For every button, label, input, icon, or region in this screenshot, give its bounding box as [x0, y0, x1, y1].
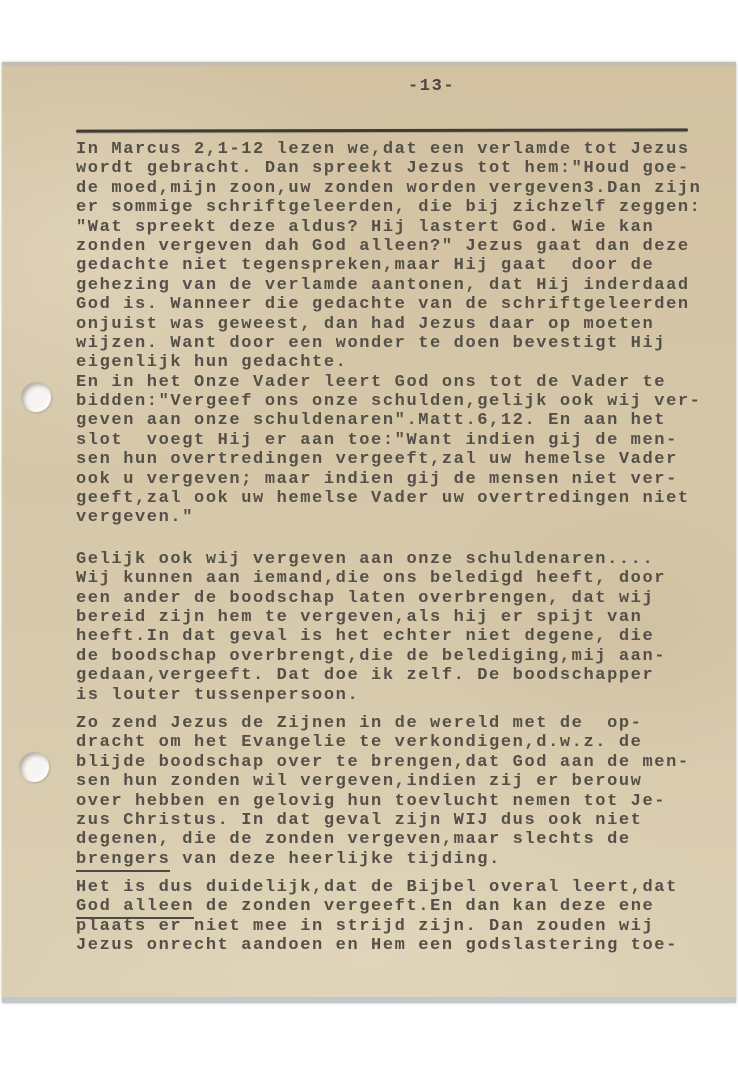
text-line: In Marcus 2,1-12 lezen we,dat een verlam…: [76, 140, 716, 159]
text-line: de moed,mijn zoon,uw zonden worden verge…: [76, 179, 716, 198]
text-line: er sommige schriftgeleerden, die bij zic…: [76, 198, 716, 217]
document-body: In Marcus 2,1-12 lezen we,dat een verlam…: [76, 140, 716, 965]
page-number: -13-: [408, 77, 455, 96]
underlined-text: brengers: [76, 850, 170, 872]
text-line: geeft,zal ook uw hemelse Vader uw overtr…: [76, 489, 716, 508]
text-line: sen hun overtredingen vergeeft,zal uw he…: [76, 450, 716, 469]
text-line: gedachte niet tegenspreken,maar Hij gaat…: [76, 256, 716, 275]
paragraph: Gelijk ook wij vergeven aan onze schulde…: [76, 550, 716, 705]
text-line: geven aan onze schuldenaren".Matt.6,12. …: [76, 411, 716, 430]
hole-punch-bottom: [19, 752, 49, 782]
hole-punch-top: [21, 382, 51, 412]
text-line: sen hun zonden wil vergeven,indien zij e…: [76, 772, 716, 791]
text-line: de boodschap overbrengt,die de beledigin…: [76, 647, 716, 666]
paragraph: In Marcus 2,1-12 lezen we,dat een verlam…: [76, 140, 716, 528]
header-divider-rule: [76, 128, 688, 132]
text-line: zus Christus. In dat geval zijn WIJ dus …: [76, 811, 716, 830]
text-line: onjuist was geweest, dan had Jezus daar …: [76, 315, 716, 334]
paragraph: Zo zend Jezus de Zijnen in de wereld met…: [76, 714, 716, 869]
text-line: En in het Onze Vader leert God ons tot d…: [76, 373, 716, 392]
text-line: ook u vergeven; maar indien gij de mense…: [76, 470, 716, 489]
text-line: is louter tussenpersoon.: [76, 686, 716, 705]
text-line: gehezing van de verlamde aantonen, dat H…: [76, 276, 716, 295]
text-line: Jezus onrecht aandoen en Hem een godslas…: [76, 936, 716, 955]
text-line: degenen, die de zonden vergeven,maar sle…: [76, 830, 716, 849]
text-line: Zo zend Jezus de Zijnen in de wereld met…: [76, 714, 716, 733]
text-line: over hebben en gelovig hun toevlucht nem…: [76, 792, 716, 811]
text-line: gedaan,vergeeft. Dat doe ik zelf. De boo…: [76, 666, 716, 685]
paragraph: Het is dus duidelijk,dat de Bijbel overa…: [76, 878, 716, 956]
scanned-page: -13- In Marcus 2,1-12 lezen we,dat een v…: [2, 62, 736, 1003]
text-line: Wij kunnen aan iemand,die ons beledigd h…: [76, 569, 716, 588]
text-line: vergeven.": [76, 508, 716, 527]
text-line: wordt gebracht. Dan spreekt Jezus tot he…: [76, 159, 716, 178]
text-line: een ander de boodschap laten overbrengen…: [76, 589, 716, 608]
text-line: eigenlijk hun gedachte.: [76, 353, 716, 372]
text-line: "Wat spreekt deze aldus? Hij lastert God…: [76, 218, 716, 237]
text-line: plaats er niet mee in strijd zijn. Dan z…: [76, 917, 716, 936]
text-line: Het is dus duidelijk,dat de Bijbel overa…: [76, 878, 716, 897]
text-line: heeft.In dat geval is het echter niet de…: [76, 627, 716, 646]
text-line: brengers van deze heerlijke tijding.: [76, 850, 716, 869]
text-line: God alleen de zonden vergeeft.En dan kan…: [76, 897, 716, 916]
text-line: God is. Wanneer die gedachte van de schr…: [76, 295, 716, 314]
text-line: Gelijk ook wij vergeven aan onze schulde…: [76, 550, 716, 569]
scan-background: { "page": { "number_label": "-13-", "pap…: [0, 0, 738, 1068]
text-line: bereid zijn hem te vergeven,als hij er s…: [76, 608, 716, 627]
text-line: slot voegt Hij er aan toe:"Want indien g…: [76, 431, 716, 450]
text-line: blijde boodschap over te brengen,dat God…: [76, 753, 716, 772]
text-line: dracht om het Evangelie te verkondigen,d…: [76, 733, 716, 752]
text-line: zonden vergeven dah God alleen?" Jezus g…: [76, 237, 716, 256]
text-line: bidden:"Vergeef ons onze schulden,gelijk…: [76, 392, 716, 411]
text-line: wijzen. Want door een wonder te doen bev…: [76, 334, 716, 353]
